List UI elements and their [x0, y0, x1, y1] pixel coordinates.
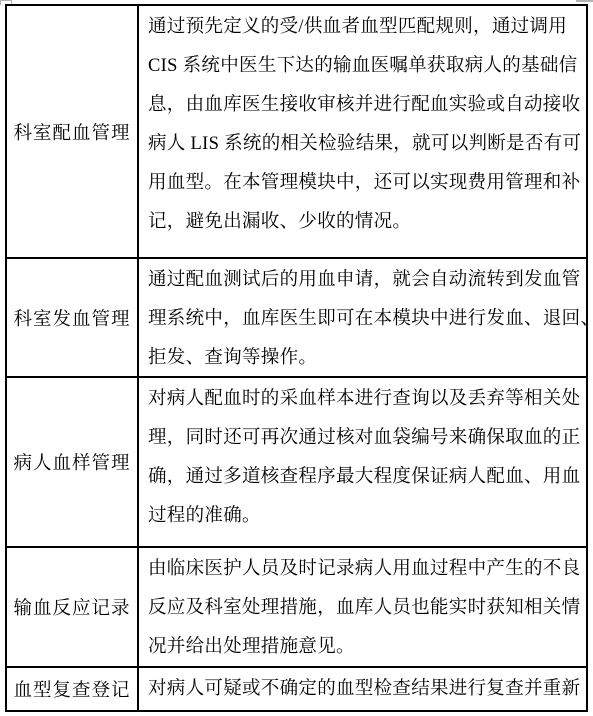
table-row: 病人血样管理 对病人配血时的采血样本进行查询以及丢弃等相关处理，同时还可再次通过… — [7, 378, 586, 548]
table-row: 科室发血管理 通过配血测试后的用血申请，就会自动流转到发血管理系统中，血库医生即… — [7, 259, 586, 378]
module-name-label: 科室配血管理 — [13, 119, 130, 145]
module-name-label: 科室发血管理 — [13, 305, 130, 331]
description-text-line: 通过配血测试后的用血申请，就会自动流转到发血管 — [148, 261, 584, 300]
description-text-line: 过程的准确。 — [148, 497, 584, 536]
module-description-cell: 对病人配血时的采血样本进行查询以及丢弃等相关处理，同时还可再次通过核对血袋编号来… — [139, 378, 586, 546]
description-text-line: 用血型。在本管理模块中，还可以实现费用管理和补 — [148, 164, 584, 203]
module-description-cell: 对病人可疑或不确定的血型检查结果进行复查并重新 — [139, 668, 586, 710]
module-name-label: 血型复查登记 — [13, 676, 130, 702]
table-row: 输血反应记录 由临床医护人员及时记录病人用血过程中产生的不良反应及科室处理措施，… — [7, 548, 586, 668]
module-name-cell: 血型复查登记 — [7, 668, 139, 710]
table-row: 血型复查登记 对病人可疑或不确定的血型检查结果进行复查并重新 — [7, 668, 586, 710]
description-text-line: 对病人可疑或不确定的血型检查结果进行复查并重新 — [148, 670, 584, 709]
description-text-line: 息，由血库医生接收审核并进行配血实验或自动接收 — [148, 86, 584, 125]
module-name-label: 病人血样管理 — [13, 449, 130, 475]
description-text-line: CIS 系统中医生下达的输血医嘱单获取病人的基础信 — [148, 47, 584, 86]
description-text-line: 反应及科室处理措施，血库人员也能实时获知相关情 — [148, 589, 584, 628]
module-description-cell: 通过配血测试后的用血申请，就会自动流转到发血管理系统中，血库医生即可在本模块中进… — [139, 259, 586, 376]
cropped-row-remnant-right — [576, 0, 593, 2]
module-name-cell: 输血反应记录 — [7, 548, 139, 666]
description-text-line: 通过预先定义的受/供血者血型匹配规则，通过调用 — [148, 8, 584, 47]
description-text-line: 拒发、查询等操作。 — [148, 339, 584, 376]
module-description-cell: 通过预先定义的受/供血者血型匹配规则，通过调用CIS 系统中医生下达的输血医嘱单… — [139, 6, 586, 257]
description-text-line: 病人 LIS 系统的相关检验结果，就可以判断是否有可 — [148, 125, 584, 164]
description-text-line: 对病人配血时的采血样本进行查询以及丢弃等相关处 — [148, 380, 584, 419]
module-name-label: 输血反应记录 — [13, 594, 130, 620]
description-text-line: 确，通过多道核查程序最大程度保证病人配血、用血 — [148, 458, 584, 497]
module-name-cell: 科室配血管理 — [7, 6, 139, 257]
module-name-cell: 科室发血管理 — [7, 259, 139, 376]
blood-bank-module-table: 科室配血管理 通过预先定义的受/供血者血型匹配规则，通过调用CIS 系统中医生下… — [5, 4, 588, 712]
table-row: 科室配血管理 通过预先定义的受/供血者血型匹配规则，通过调用CIS 系统中医生下… — [7, 6, 586, 259]
description-text-line: 记，避免出漏收、少收的情况。 — [148, 203, 584, 242]
description-text-line: 理系统中，血库医生即可在本模块中进行发血、退回、 — [148, 300, 584, 339]
description-text-line: 况并给出处理措施意见。 — [148, 628, 584, 666]
description-text-line: 由临床医护人员及时记录病人用血过程中产生的不良 — [148, 550, 584, 589]
module-name-cell: 病人血样管理 — [7, 378, 139, 546]
description-text-line: 理，同时还可再次通过核对血袋编号来确保取血的正 — [148, 419, 584, 458]
module-description-cell: 由临床医护人员及时记录病人用血过程中产生的不良反应及科室处理措施，血库人员也能实… — [139, 548, 586, 666]
